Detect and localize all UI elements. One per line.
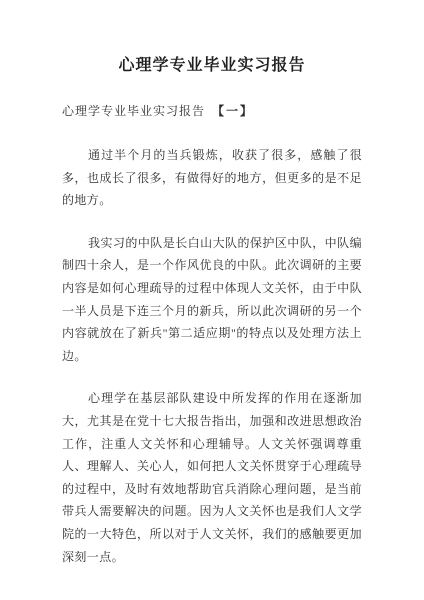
- document-body: 通过半个月的当兵锻炼，收获了很多，感触了很多，也成长了很多，有做得好的地方，但更…: [0, 144, 424, 568]
- section-number: 【一】: [212, 104, 254, 118]
- document-page: 心理学专业毕业实习报告 心理学专业毕业实习报告【一】 通过半个月的当兵锻炼，收获…: [0, 0, 424, 600]
- paragraph: 心理学在基层部队建设中所发挥的作用在逐渐加大，尤其是在党十七大报告指出，加强和改…: [62, 387, 362, 568]
- paragraph: 通过半个月的当兵锻炼，收获了很多，感触了很多，也成长了很多，有做得好的地方，但更…: [62, 144, 362, 212]
- page-title: 心理学专业毕业实习报告: [0, 0, 424, 75]
- section-heading: 心理学专业毕业实习报告【一】: [62, 102, 362, 119]
- section-heading-text: 心理学专业毕业实习报告: [62, 104, 205, 118]
- paragraph: 我实习的中队是长白山大队的保护区中队，中队编制四十余人，是一个作风优良的中队。此…: [62, 232, 362, 368]
